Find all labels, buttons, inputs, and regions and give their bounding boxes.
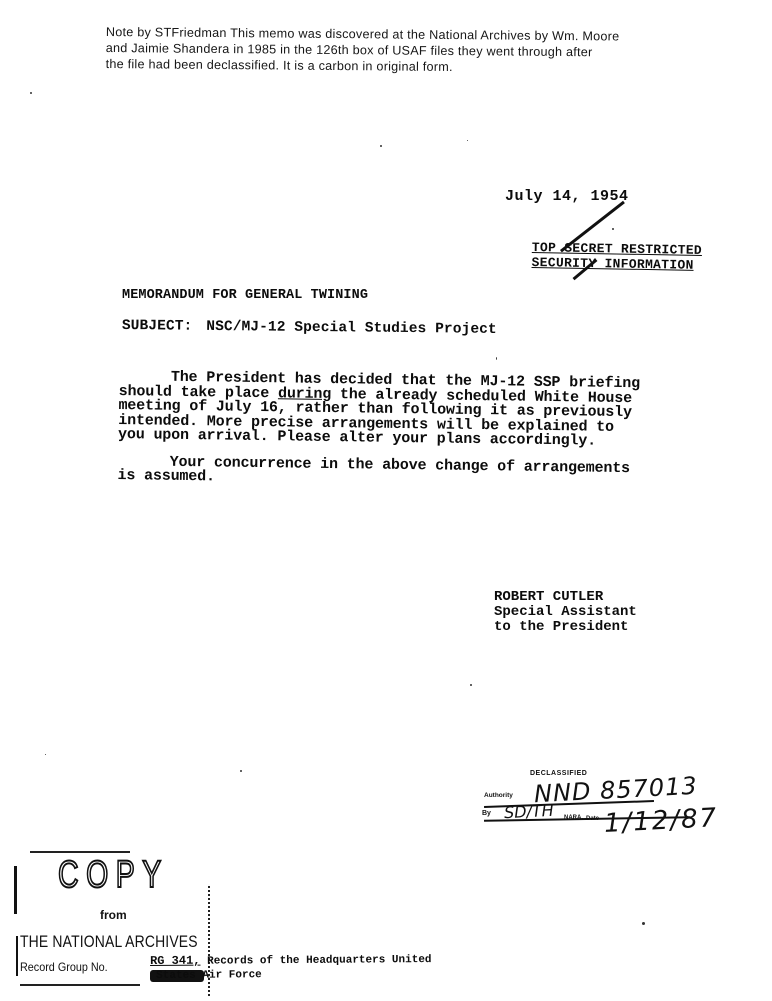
stamp-border [16,936,18,976]
scan-speck [470,684,472,686]
declassified-heading: DECLASSIFIED [530,770,587,777]
by-label: By [482,810,491,817]
scan-speck [612,228,614,230]
declassification-stamp: DECLASSIFIED Authority NND 857013 By SD/… [480,770,720,845]
body-line: you upon arrival. Please alter your plan… [118,428,639,450]
stamp-border [30,851,130,853]
signatory-name: ROBERT CUTLER [494,590,637,605]
scan-speck [380,145,382,147]
memo-addressee: MEMORANDUM FOR GENERAL TWINING [122,288,368,303]
memo-body: The President has decided that the MJ-12… [117,370,640,491]
memo-date: July 14, 1954 [505,188,629,205]
scan-speck [30,92,32,94]
record-group-label: Record Group No. [20,960,108,974]
authority-label: Authority [484,792,513,799]
scan-speck [240,770,242,772]
from-label: from [100,908,127,922]
signatory-title-1: Special Assistant [494,605,637,620]
scan-speck [642,922,645,925]
subject-text: NSC/MJ-12 Special Studies Project [206,319,497,338]
memo-subject: SUBJECT:NSC/MJ-12 Special Studies Projec… [122,318,497,338]
signatory-title-2: to the President [494,620,637,635]
researcher-note: Note by STFriedman This memo was discove… [106,24,772,78]
record-group-line-2: States Air Force [150,967,432,983]
scan-speck [467,140,468,141]
stamp-border [14,866,17,914]
stamp-border [20,984,140,986]
declassification-date: 1/12/87 [603,803,719,839]
scan-speck [496,357,497,360]
classification-line-2: SECURITY INFORMATION [531,255,701,273]
classification-marking: TOP SECRET RESTRICTED SECURITY INFORMATI… [531,240,702,273]
subject-label: SUBJECT: [122,318,193,335]
archives-name: THE NATIONAL ARCHIVES [20,932,198,952]
record-group-entry: RG 341, Records of the Headquarters Unit… [150,952,432,983]
copy-label: COPY [58,854,169,897]
record-group-line-1: RG 341, Records of the Headquarters Unit… [150,952,432,969]
record-group-desc-1: Records of the Headquarters United [207,954,432,968]
record-group-number: RG 341, [150,954,201,968]
scan-speck [45,754,46,755]
signature-block: ROBERT CUTLER Special Assistant to the P… [494,590,637,635]
